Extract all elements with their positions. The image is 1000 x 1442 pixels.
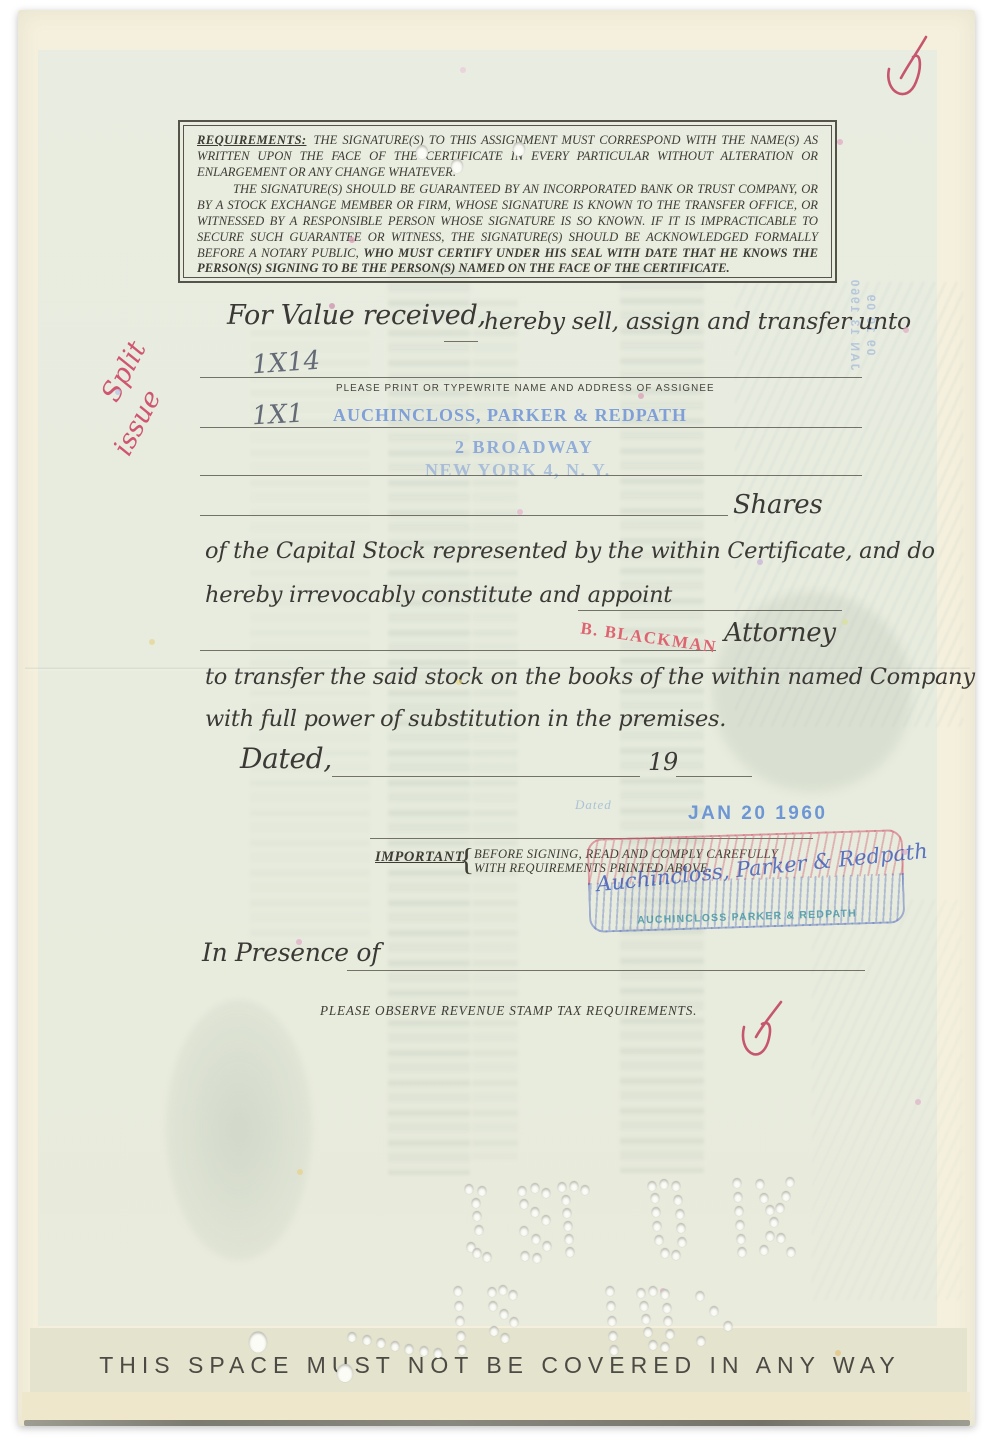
paper-speckle <box>842 619 848 625</box>
punch-hole <box>776 1203 785 1213</box>
punch-hole <box>531 1183 540 1193</box>
punch-hole <box>787 1247 796 1257</box>
shares-line <box>200 515 728 516</box>
punch-hole <box>651 1193 660 1203</box>
requirements-label: REQUIREMENTS: <box>197 133 306 147</box>
punch-hole <box>756 1179 765 1189</box>
punch-hole <box>337 1364 353 1382</box>
punch-hole <box>489 1301 498 1311</box>
punch-hole <box>644 1327 653 1337</box>
paper-bottom-margin <box>22 1392 970 1422</box>
requirements-paragraph-1: REQUIREMENTS:THE SIGNATURE(S) TO THIS AS… <box>197 133 818 180</box>
punch-hole <box>736 1220 745 1230</box>
red-checkmark-top <box>880 34 934 102</box>
punch-hole <box>513 142 525 156</box>
punch-hole <box>531 1207 540 1217</box>
paper-speckle <box>837 139 843 145</box>
paper-speckle <box>835 1350 841 1356</box>
year-blank-line <box>676 776 752 777</box>
punch-hole <box>475 1225 484 1235</box>
punch-hole <box>499 1285 508 1295</box>
paper-speckle <box>456 679 462 685</box>
certificate-back-scan: 09 10 09 JAN 13 1960 REQUIREMENTS:THE SI… <box>0 0 1000 1442</box>
revenue-note: PLEASE OBSERVE REVENUE STAMP TAX REQUIRE… <box>320 1003 697 1019</box>
appoint-blank-line <box>578 610 842 611</box>
punch-hole <box>472 1198 481 1208</box>
punch-hole <box>607 1301 616 1311</box>
punch-hole <box>608 1316 617 1326</box>
paper-speckle <box>329 303 335 309</box>
dated-blank-line <box>332 776 640 777</box>
punch-hole <box>521 1251 530 1261</box>
presence-label: In Presence of <box>202 938 380 967</box>
punch-hole <box>558 1182 567 1192</box>
punch-hole <box>660 1179 669 1189</box>
paper-speckle <box>915 1099 921 1105</box>
punch-hole <box>455 1301 464 1311</box>
important-label: IMPORTANT <box>375 849 464 866</box>
punch-hole <box>655 1235 664 1245</box>
date-stamp: JAN 20 1960 <box>688 803 827 825</box>
punch-hole <box>420 1346 429 1356</box>
punch-hole <box>520 1226 529 1236</box>
requirements-box: REQUIREMENTS:THE SIGNATURE(S) TO THIS AS… <box>178 120 837 283</box>
body-line-2: hereby irrevocably constitute and appoin… <box>205 582 672 608</box>
punch-hole <box>724 1321 733 1331</box>
guarantee-stamp: Auchincloss, Parker & Redpath AUCHINCLOS… <box>587 829 906 933</box>
punch-hole <box>488 1287 497 1297</box>
paper-bottom-edge-shadow <box>24 1420 970 1426</box>
punch-hole <box>520 1199 529 1209</box>
punch-hole <box>405 1344 414 1354</box>
punch-hole <box>696 1291 705 1301</box>
punch-hole <box>566 1247 575 1257</box>
requirements-paragraph-2: THE SIGNATURE(S) SHOULD BE GUARANTEED BY… <box>197 182 818 277</box>
punch-hole <box>760 1193 769 1203</box>
punch-hole <box>672 1181 681 1191</box>
paper-speckle <box>902 849 908 855</box>
punch-hole <box>473 1248 482 1258</box>
paper-speckle <box>297 1169 303 1175</box>
opening-script-line: For Value received, <box>227 300 486 331</box>
body-line-1: of the Capital Stock represented by the … <box>205 538 935 564</box>
punch-hole <box>663 1303 672 1313</box>
punch-hole <box>760 1245 769 1255</box>
punch-hole <box>457 1331 466 1341</box>
punch-hole <box>501 1333 510 1343</box>
ghost-handwriting-texture <box>812 900 962 1300</box>
punch-hole <box>737 1234 746 1244</box>
punch-hole <box>766 1231 775 1241</box>
punch-hole <box>500 1309 509 1319</box>
paper-speckle <box>517 509 523 515</box>
punch-hole <box>666 1329 675 1339</box>
punch-hole <box>570 1181 579 1191</box>
punch-hole <box>510 1317 519 1327</box>
paper-speckle <box>638 393 644 399</box>
punch-hole <box>416 145 428 159</box>
important-brace: { <box>459 841 474 878</box>
punch-hole <box>637 1288 646 1298</box>
punch-hole <box>533 1253 542 1263</box>
paper-speckle <box>296 939 302 945</box>
punch-hole <box>697 1336 706 1346</box>
punch-hole <box>648 1181 657 1191</box>
paper-speckle <box>149 639 155 645</box>
punch-hole <box>606 1286 615 1296</box>
punch-hole <box>363 1335 372 1345</box>
ghost-seal-oval <box>166 1000 312 1260</box>
punch-hole <box>249 1332 267 1353</box>
punch-hole <box>649 1286 658 1296</box>
assignee-stamp-line-3: NEW YORK 4, N. Y. <box>425 460 611 481</box>
punch-hole <box>674 1195 683 1205</box>
punch-hole <box>377 1338 386 1348</box>
punch-hole <box>642 1314 651 1324</box>
punch-hole <box>478 1186 487 1196</box>
assignee-line-2 <box>200 427 862 428</box>
assignee-hint-text: PLEASE PRINT OR TYPEWRITE NAME AND ADDRE… <box>336 383 715 394</box>
punch-hole <box>348 1332 357 1342</box>
punch-hole <box>483 1252 492 1262</box>
punch-hole <box>777 1233 786 1243</box>
body-line-3: to transfer the said stock on the books … <box>205 664 975 690</box>
punch-hole <box>609 1331 618 1341</box>
punch-hole <box>738 1247 747 1257</box>
punch-hole <box>786 1177 795 1187</box>
punch-hole <box>490 1326 499 1336</box>
punch-hole <box>734 1192 743 1202</box>
assignee-line-3 <box>200 475 862 476</box>
red-checkmark-bottom <box>731 996 791 1066</box>
punch-hole <box>454 1286 463 1296</box>
paper-speckle <box>460 67 466 73</box>
punch-hole <box>581 1185 590 1195</box>
attorney-label: Attorney <box>724 618 836 648</box>
requirements-box-inner-border: REQUIREMENTS:THE SIGNATURE(S) TO THIS AS… <box>183 125 832 278</box>
punch-hole <box>542 1188 551 1198</box>
attorney-blank-line <box>200 650 716 651</box>
punch-hole <box>458 1345 467 1355</box>
paper-speckle <box>115 389 121 395</box>
assignee-stamp-line-2: 2 BROADWAY <box>455 437 594 458</box>
punch-hole <box>652 1207 661 1217</box>
dated-label: Dated, <box>240 742 332 775</box>
punch-hole <box>562 1195 571 1205</box>
shares-label: Shares <box>733 490 822 520</box>
seller-name-blank <box>444 341 478 342</box>
punch-hole <box>733 1178 742 1188</box>
assignee-stamp-line-1: AUCHINCLOSS, PARKER & REDPATH <box>333 405 687 426</box>
punch-hole <box>509 1290 518 1300</box>
punch-hole <box>653 1221 662 1231</box>
punch-hole <box>473 1211 482 1221</box>
punch-hole <box>678 1237 687 1247</box>
paper-speckle <box>903 327 909 333</box>
punch-hole <box>649 1340 658 1350</box>
punch-hole <box>563 1208 572 1218</box>
assignee-line-1 <box>200 377 862 378</box>
punch-hole <box>677 1223 686 1233</box>
year-prefix: 19 <box>648 748 678 776</box>
footer-warning-text: THIS SPACE MUST NOT BE COVERED IN ANY WA… <box>0 1352 1000 1379</box>
punch-hole <box>391 1341 400 1351</box>
opening-script-rest: hereby sell, assign and transfer unto <box>484 307 911 335</box>
punch-hole <box>664 1316 673 1326</box>
punch-hole <box>770 1217 779 1227</box>
punch-hole <box>766 1205 775 1215</box>
punch-hole <box>565 1234 574 1244</box>
punch-hole <box>610 1345 619 1355</box>
punch-hole <box>542 1215 551 1225</box>
punch-hole <box>640 1301 649 1311</box>
pencil-annotation-1x14: 1X14 <box>251 346 321 381</box>
punch-hole <box>782 1191 791 1201</box>
punch-hole <box>735 1206 744 1216</box>
dated-faint-stamp: Dated <box>575 797 612 813</box>
punch-hole <box>532 1234 541 1244</box>
punch-hole <box>543 1241 552 1251</box>
body-line-4: with full power of substitution in the p… <box>205 706 726 732</box>
punch-hole <box>661 1289 670 1299</box>
paper-speckle <box>757 559 763 565</box>
punch-hole <box>710 1306 719 1316</box>
punch-hole <box>451 159 463 173</box>
punch-hole <box>661 1248 670 1258</box>
punch-hole <box>518 1186 527 1196</box>
punch-hole <box>661 1342 670 1352</box>
punch-hole <box>465 1184 474 1194</box>
paper-speckle <box>349 237 355 243</box>
punch-hole <box>434 1348 443 1358</box>
punch-hole <box>564 1221 573 1231</box>
punch-hole <box>676 1209 685 1219</box>
punch-hole <box>672 1250 681 1260</box>
presence-blank-line <box>347 970 865 971</box>
punch-hole <box>456 1316 465 1326</box>
